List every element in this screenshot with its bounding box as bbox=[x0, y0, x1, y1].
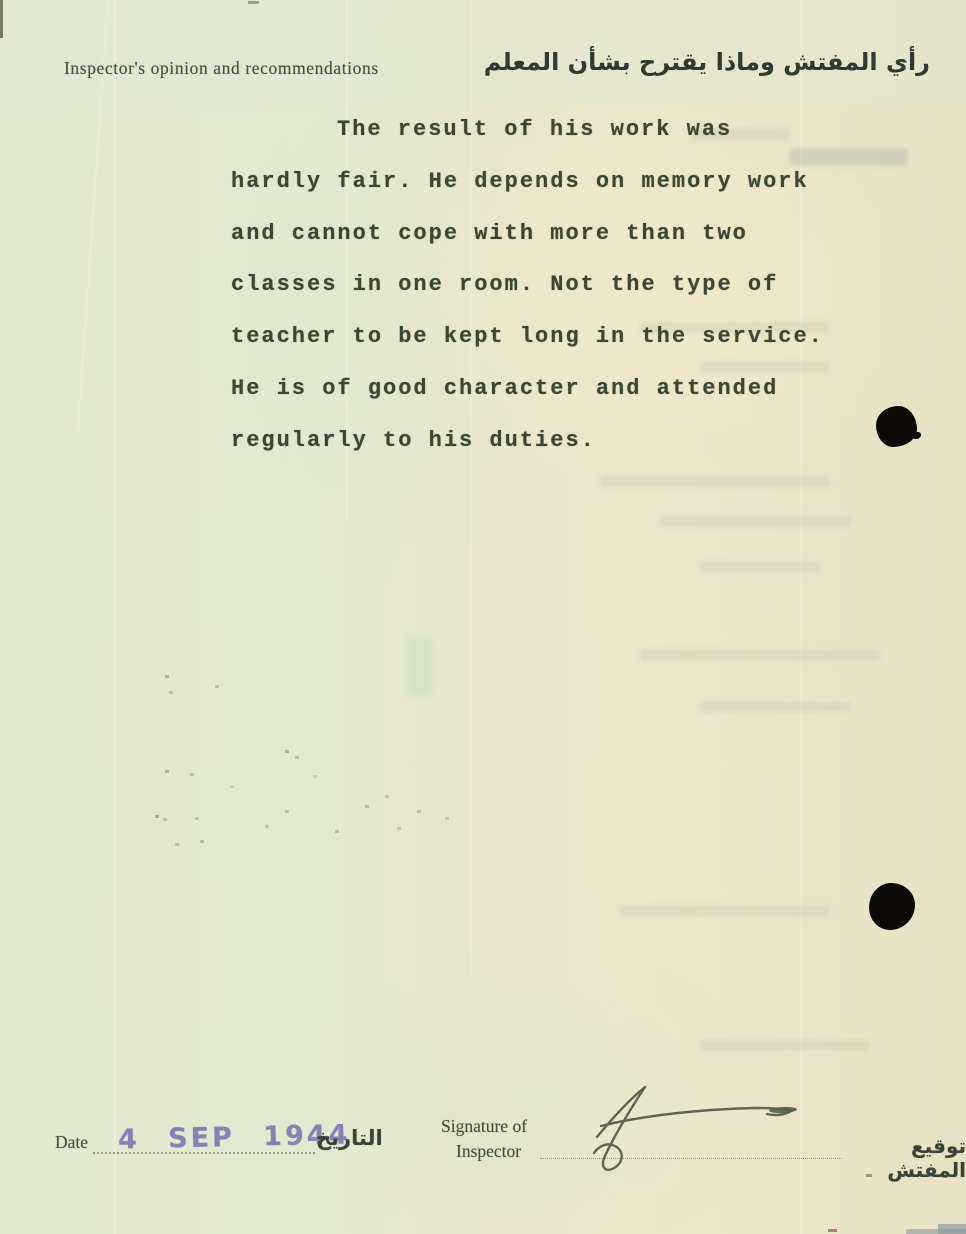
typed-line: teacher to be kept long in the service. bbox=[231, 311, 871, 363]
bleedthrough-smudge bbox=[640, 650, 880, 661]
typed-line: hardly fair. He depends on memory work bbox=[231, 156, 871, 208]
bleedthrough-smudge bbox=[620, 906, 830, 917]
scan-edge-artifact bbox=[828, 1229, 837, 1232]
section-title-english: Inspector's opinion and recommendations bbox=[64, 58, 379, 79]
bleedthrough-smudge bbox=[660, 516, 850, 527]
bleedthrough-smudge bbox=[700, 562, 820, 572]
inspector-signature bbox=[545, 1082, 845, 1172]
typed-line: The result of his work was bbox=[231, 104, 871, 156]
typed-line: classes in one room. Not the type of bbox=[231, 259, 871, 311]
typed-line: He is of good character and attended bbox=[231, 363, 871, 415]
scan-edge-artifact bbox=[906, 1229, 966, 1234]
date-label-arabic: التاريخ bbox=[316, 1126, 383, 1150]
typed-line: regularly to his duties. bbox=[231, 415, 871, 467]
ink-blot bbox=[869, 883, 915, 930]
typed-remarks: The result of his work was hardly fair. … bbox=[231, 104, 871, 467]
bleedthrough-smudge bbox=[700, 1040, 870, 1050]
date-label-english: Date bbox=[55, 1132, 88, 1153]
scan-edge-artifact bbox=[0, 0, 3, 38]
scan-edge-artifact bbox=[248, 1, 259, 4]
paper-stain bbox=[408, 638, 432, 696]
pencil-scribbles bbox=[135, 655, 139, 658]
typed-line: and cannot cope with more than two bbox=[231, 208, 871, 260]
paper-crease bbox=[114, 0, 116, 1234]
bleedthrough-smudge bbox=[600, 476, 830, 487]
signature-label-arabic: توقيع المفتش bbox=[845, 1134, 966, 1182]
ink-blot bbox=[876, 406, 917, 447]
section-title-arabic: رأي المفتش وماذا يقترح بشأن المعلم bbox=[484, 48, 930, 76]
signature-label-line1: Signature of bbox=[441, 1116, 527, 1137]
scanned-inspection-report-page: Inspector's opinion and recommendations … bbox=[0, 0, 966, 1234]
bleedthrough-smudge bbox=[700, 702, 850, 712]
signature-label-line2: Inspector bbox=[456, 1141, 521, 1162]
scan-edge-artifact bbox=[866, 1174, 872, 1177]
